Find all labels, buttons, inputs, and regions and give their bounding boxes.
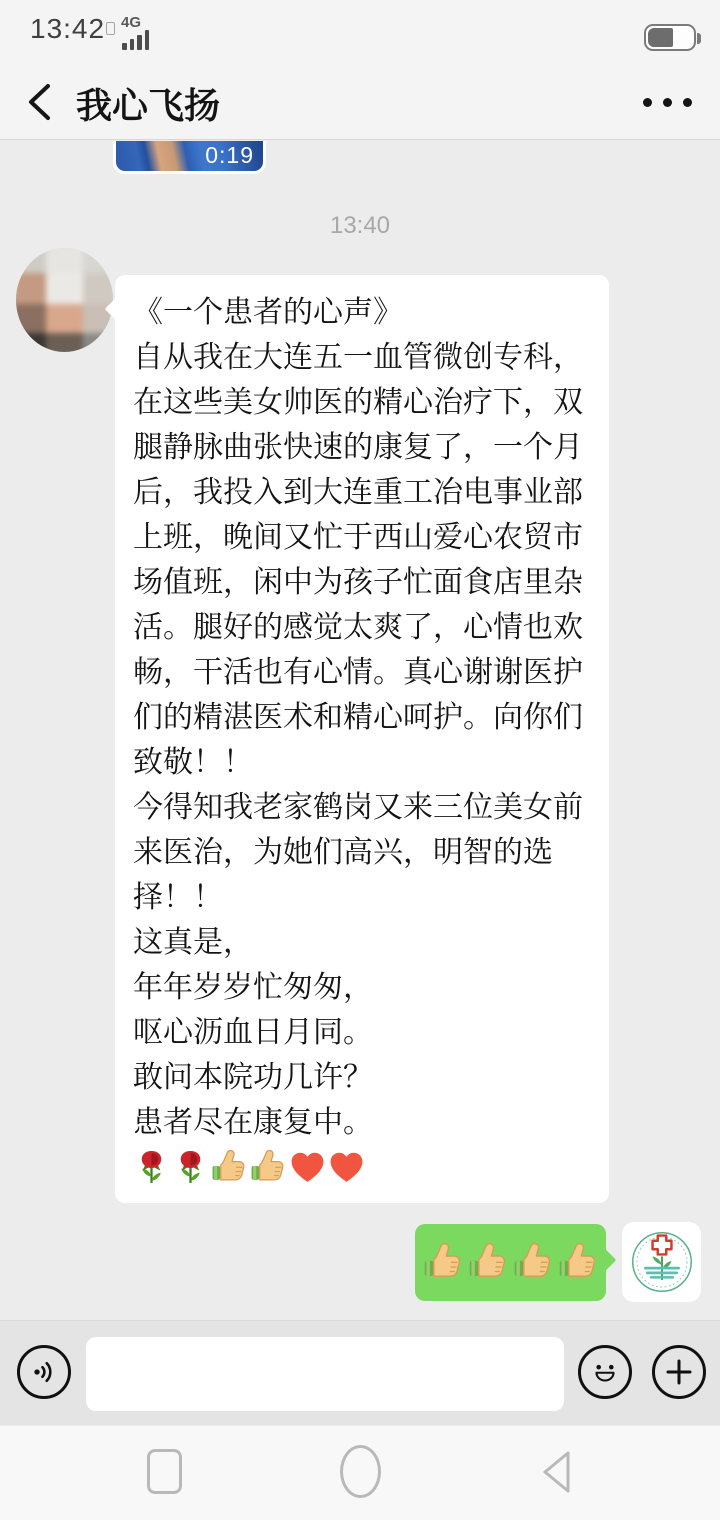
signal-strength-icon	[122, 28, 162, 50]
thumbs-up-emoji	[250, 1149, 287, 1186]
rose-emoji	[133, 1149, 170, 1186]
timestamp: 13:40	[0, 212, 720, 240]
back-triangle-icon	[537, 1447, 577, 1497]
ellipsis-icon	[643, 98, 652, 107]
more-options-button[interactable]	[639, 94, 696, 111]
attachment-button[interactable]	[652, 1345, 706, 1399]
contact-avatar[interactable]	[16, 248, 113, 352]
thumbs-up-emoji	[513, 1242, 554, 1283]
avatar-blurred-photo	[16, 248, 113, 352]
chat-message-list: 0:19 13:40 《一个患者的心声》 自从我在大连五一血管微创专科， 在这些…	[0, 141, 720, 1320]
nav-bar: 我心飞扬	[0, 62, 720, 140]
voice-input-button[interactable]	[17, 1345, 71, 1399]
recent-apps-button[interactable]	[147, 1449, 182, 1494]
incoming-message-text: 《一个患者的心声》 自从我在大连五一血管微创专科， 在这些美女帅医的精心治疗下，…	[133, 290, 593, 1145]
clock: 13:42	[30, 13, 105, 45]
battery-icon	[644, 24, 696, 51]
own-avatar[interactable]	[622, 1222, 701, 1302]
plus-icon	[662, 1355, 696, 1389]
wechat-chat-screen: 13:42 4G 我心飞扬 0:19 13:40	[0, 0, 720, 1520]
back-button[interactable]	[22, 82, 60, 122]
message-input[interactable]	[86, 1337, 564, 1411]
thumbs-up-emoji	[211, 1149, 248, 1186]
home-button[interactable]	[340, 1445, 381, 1498]
incoming-message-bubble[interactable]: 《一个患者的心声》 自从我在大连五一血管微创专科， 在这些美女帅医的精心治疗下，…	[115, 275, 609, 1203]
outgoing-message-bubble[interactable]	[415, 1224, 606, 1301]
back-chevron-icon	[22, 82, 60, 122]
rose-emoji	[172, 1149, 209, 1186]
android-back-button[interactable]	[537, 1447, 577, 1502]
video-message-bubble[interactable]: 0:19	[113, 141, 266, 174]
message-input-bar	[0, 1320, 720, 1425]
heart-emoji	[328, 1149, 365, 1186]
voice-icon	[29, 1357, 59, 1387]
thumbs-up-emoji	[423, 1242, 464, 1283]
video-duration: 0:19	[205, 142, 254, 169]
volte-icon	[106, 22, 115, 35]
emoji-button[interactable]	[578, 1345, 632, 1399]
chat-title: 我心飞扬	[76, 78, 220, 129]
incoming-message-emoji-row	[133, 1145, 593, 1190]
status-bar: 13:42 4G	[0, 0, 720, 62]
android-nav-bar	[0, 1425, 720, 1520]
thumbs-up-emoji	[558, 1242, 599, 1283]
heart-emoji	[289, 1149, 326, 1186]
hospital-logo	[628, 1228, 696, 1296]
thumbs-up-emoji	[468, 1242, 509, 1283]
smiley-icon	[585, 1352, 625, 1392]
